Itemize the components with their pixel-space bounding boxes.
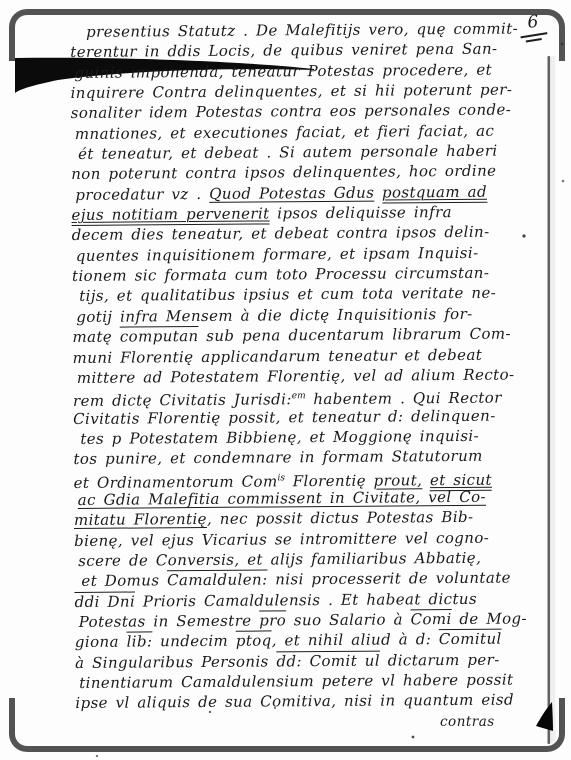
- manuscript-segment: ac Gdia Malefitia commissent in Civitate…: [78, 488, 486, 509]
- manuscript-segment: Civitatis Florentię possit, et teneatur …: [73, 406, 496, 427]
- manuscript-segment: ejus notitiam pervenerit: [71, 205, 269, 227]
- manuscript-scan-page: 6 presentius Statutz . De Malefitijs ver…: [0, 0, 571, 760]
- manuscript-segment: bienę, vel ejus Vicarius se intromittere…: [74, 528, 489, 549]
- ink-speck: [562, 180, 565, 183]
- manuscript-segment: tinentiarum Camaldulensium petere vl hab…: [79, 671, 513, 692]
- manuscript-segment: sonaliter idem Potestas contra eos perso…: [71, 101, 512, 122]
- manuscript-segment: terentur in ddis Locis, de quibus venire…: [70, 40, 497, 61]
- manuscript-segment: tos punire, et condemnare in formam Stat…: [73, 447, 482, 468]
- folio-digit: 6: [527, 12, 539, 33]
- manuscript-segment: tijs, et qualitatibus ipsius et cum tota…: [79, 284, 496, 305]
- manuscript-segment: dd: Comit ul: [276, 651, 380, 670]
- manuscript-line: matę computan sub pena ducentarum librar…: [72, 324, 518, 348]
- manuscript-segment: computan: [120, 327, 199, 346]
- manuscript-segment: ipse vl aliquis de sua Comitiva, nisi in…: [75, 691, 514, 712]
- manuscript-line: tos punire, et condemnare in formam Stat…: [73, 446, 519, 470]
- manuscript-segment: , et nihil aliud à d:: [272, 630, 439, 649]
- manuscript-segment: non poterunt contra ipsos delinquentes, …: [71, 162, 496, 183]
- manuscript-line: rem dictę Civitatis Jurisdi:em habentem …: [73, 385, 519, 409]
- manuscript-text: presentius Statutz . De Malefitijs vero,…: [70, 18, 521, 713]
- page-edge-line: [548, 56, 551, 744]
- manuscript-line: ipse vl aliquis de sua Comitiva, nisi in…: [75, 690, 521, 714]
- manuscript-segment: Comitul: [439, 630, 502, 648]
- manuscript-segment: muni Florentię applicandarum teneatur et…: [73, 345, 483, 366]
- manuscript-segment: de Mog-: [452, 609, 527, 628]
- folio-underline: [526, 38, 542, 42]
- manuscript-segment: guinis imponenda, teneatur Potestas proc…: [74, 60, 492, 81]
- manuscript-segment: undecim: [152, 632, 235, 651]
- manuscript-segment: decem dies teneatur, et debeat contra ip…: [72, 223, 490, 244]
- manuscript-segment: à Singularibus Personis: [75, 652, 277, 672]
- manuscript-segment: tes p Potestatem Bibbienę, et Moggionę i…: [80, 427, 479, 448]
- manuscript-segment: postquam ad: [382, 182, 487, 203]
- manuscript-segment: tionem sic formata cum toto Processu cir…: [72, 264, 489, 285]
- manuscript-segment: Comi: [411, 610, 452, 628]
- manuscript-segment: suo Salario à: [286, 610, 411, 629]
- manuscript-segment: ptoq: [236, 632, 272, 650]
- folio-number: 6: [519, 11, 555, 47]
- ink-speck: [96, 755, 98, 757]
- manuscript-segment: procedatur vz .: [75, 185, 209, 204]
- manuscript-segment: matę: [72, 328, 119, 346]
- manuscript-segment: em: [292, 391, 306, 401]
- manuscript-segment: quentes inquisitionem formare, et ipsam …: [76, 244, 479, 265]
- manuscript-segment: et Domus: [81, 572, 167, 591]
- manuscript-segment: Prioris Camaldulensis . Et habeat dictus: [135, 589, 477, 610]
- manuscript-segment: mitatu Florentię: [74, 510, 207, 529]
- catchword: contras: [440, 714, 495, 730]
- manuscript-segment: [374, 183, 382, 201]
- manuscript-segment: dictarum per-: [380, 650, 500, 669]
- manuscript-segment: sub pena ducentarum librarum Com-: [198, 325, 511, 345]
- folio-underline: [520, 32, 547, 38]
- manuscript-segment: Camaldulen:: [167, 571, 268, 590]
- manuscript-segment: inquirere Contra delinquentes, et si hii…: [70, 81, 512, 102]
- manuscript-segment: Potestas in Semestre: [79, 612, 260, 631]
- manuscript-segment: mnationes, et executiones faciat, et fie…: [75, 121, 494, 142]
- manuscript-segment: ét teneatur, et debeat . Si autem person…: [78, 142, 498, 163]
- manuscript-segment: , nec possit dictus Potestas Bib-: [207, 508, 474, 528]
- manuscript-segment: presentius Statutz . De Malefitijs vero,…: [86, 19, 518, 40]
- manuscript-segment: ddi Dni: [74, 592, 135, 610]
- manuscript-segment: mittere ad Potestatem Florentię, vel ad …: [77, 365, 515, 386]
- manuscript-segment: lib:: [127, 633, 153, 651]
- ink-speck: [522, 234, 525, 237]
- manuscript-segment: nisi processerit de voluntate: [267, 569, 510, 589]
- manuscript-segment: pro: [259, 611, 286, 629]
- page-edge-shade: [551, 56, 556, 744]
- manuscript-segment: giona: [75, 633, 127, 651]
- manuscript-segment: gotij infra Mensem à die dictę Inquisiti…: [76, 305, 472, 326]
- manuscript-segment: scere de Conversis, et alijs familiaribu…: [78, 549, 481, 570]
- manuscript-segment: ipsos deliquisse infra: [270, 203, 452, 222]
- manuscript-segment: Quod Potestas Gdus: [209, 183, 374, 202]
